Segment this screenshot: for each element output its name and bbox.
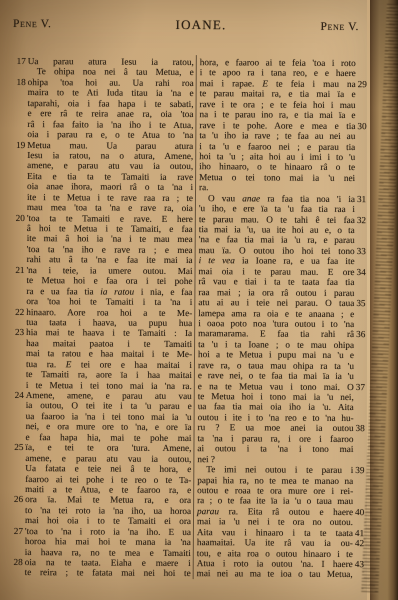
book-page-photo: Pene V. IOANE. Pene V. 17Ua parau atura … xyxy=(0,0,398,600)
verse-number: 27 xyxy=(6,526,23,537)
verse-number: 38 xyxy=(356,423,373,434)
verse-number: 34 xyxy=(356,267,373,278)
verse-number: 36 xyxy=(356,329,373,340)
verse-number: 30 xyxy=(357,121,374,132)
line-text: ra. xyxy=(199,182,208,192)
line-text: nei ? xyxy=(197,454,215,464)
verse-number: 31 xyxy=(357,194,374,205)
verse-number: 41 xyxy=(355,528,372,539)
running-header: Pene V. IOANE. Pene V. xyxy=(0,16,374,34)
verse-number: 19 xyxy=(8,139,25,150)
verse-number: 25 xyxy=(6,442,23,453)
running-head-left: Pene V. xyxy=(13,18,52,30)
verse-number: 17 xyxy=(9,56,26,67)
verse-number: 33 xyxy=(357,246,374,257)
verse-number: 42 xyxy=(355,538,372,549)
line-text: mai nei au ma te ioa o tau Metua, xyxy=(197,569,353,590)
verse-number: 26 xyxy=(6,494,23,505)
running-head-right: Pene V. xyxy=(320,21,359,33)
verse-number: 32 xyxy=(357,215,374,226)
adjacent-page-edge xyxy=(370,0,398,600)
text-line: te reira ; te fatata mai nei hoi te xyxy=(25,567,191,578)
text-line: mai nei au ma te ioa o tau Metua, xyxy=(197,569,353,580)
verse-number: 20 xyxy=(8,212,25,223)
verse-number: 21 xyxy=(8,265,25,276)
verse-number: 24 xyxy=(7,390,24,401)
right-column: hora, e faaroo ai te feia 'toa i rotoi t… xyxy=(197,57,356,580)
verse-number: 39 xyxy=(355,465,372,476)
verse-number: 23 xyxy=(7,327,24,338)
page-content: Pene V. IOANE. Pene V. 17Ua parau atura … xyxy=(0,0,374,600)
verse-number: 43 xyxy=(355,559,372,570)
book-title: IOANE. xyxy=(120,17,282,34)
verse-number: 29 xyxy=(358,79,375,90)
verse-number: 40 xyxy=(355,507,372,518)
verse-number: 28 xyxy=(6,557,23,568)
verse-number: 35 xyxy=(356,298,373,309)
verse-number: 22 xyxy=(7,306,24,317)
line-text: te reira ; te fatata mai nei hoi te xyxy=(25,567,191,588)
left-column: 17Ua parau atura Iesu ia ratou,Te ohipa … xyxy=(25,56,194,579)
verse-number: 37 xyxy=(356,382,373,393)
verse-number: 18 xyxy=(9,77,26,88)
